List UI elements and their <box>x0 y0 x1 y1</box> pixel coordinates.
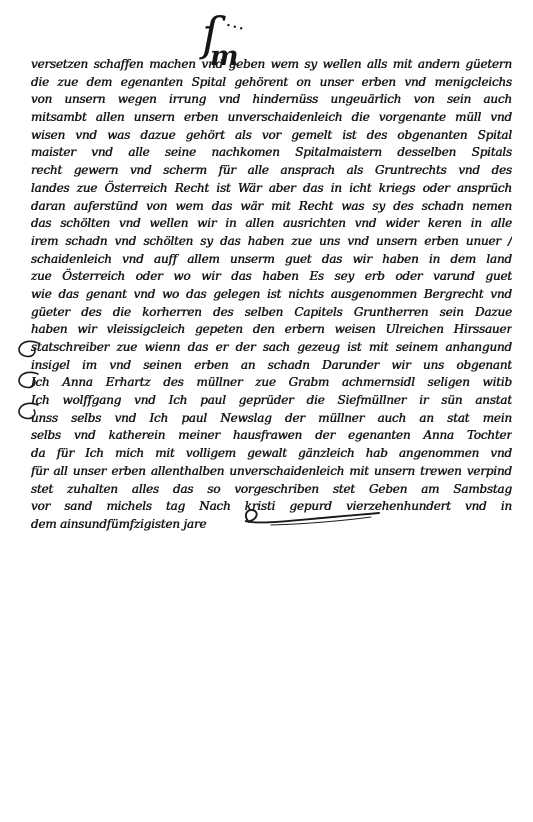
manuscript-line: statschreiber zue wienn das er der sach … <box>31 339 512 357</box>
manuscript-line: selbs vnd katherein meiner hausfrawen de… <box>31 427 512 445</box>
manuscript-line: stet zuhalten alles das so vorgeschriben… <box>31 481 512 499</box>
manuscript-line: von unsern wegen irrung vnd hindernüss u… <box>31 91 512 109</box>
manuscript-line: unss selbs vnd Ich paul Newslag der müll… <box>31 410 512 428</box>
manuscript-page: ſ m ··· versetzen schaffen machen vnd ge… <box>0 0 533 822</box>
manuscript-line: landes zue Österreich Recht ist Wär aber… <box>31 180 512 198</box>
manuscript-line: da für Ich mich mit volligem gewalt gänz… <box>31 445 512 463</box>
manuscript-line: das schölten vnd wellen wir in allen aus… <box>31 215 512 233</box>
manuscript-line: güeter des die korherren des selben Capi… <box>31 304 512 322</box>
manuscript-line: wie das genant vnd wo das gelegen ist ni… <box>31 286 512 304</box>
manuscript-line: mitsambt allen unsern erben unverschaide… <box>31 109 512 127</box>
paraph-flourish-icon <box>237 503 385 531</box>
manuscript-line: recht gewern vnd scherm für alle ansprac… <box>31 162 512 180</box>
manuscript-line: versetzen schaffen machen vnd geben wem … <box>31 56 512 74</box>
manuscript-line: zue Österreich oder wo wir das haben Es … <box>31 268 512 286</box>
monogram-dots: ··· <box>224 18 247 37</box>
manuscript-line: insigel im vnd seinen erben an schadn Da… <box>31 357 512 375</box>
text-block: versetzen schaffen machen vnd geben wem … <box>31 56 512 534</box>
manuscript-line: maister vnd alle seine nachkomen Spitalm… <box>31 144 512 162</box>
manuscript-line: schaidenleich vnd auff allem unserm guet… <box>31 251 512 269</box>
margin-loops-icon <box>11 336 43 432</box>
manuscript-line: Ich wolffgang vnd Ich paul geprüder die … <box>31 392 512 410</box>
manuscript-line: haben wir vleissigcleich gepeten den erb… <box>31 321 512 339</box>
manuscript-line: für all unser erben allenthalben unversc… <box>31 463 512 481</box>
manuscript-line: daran auferstünd von wem das wär mit Rec… <box>31 198 512 216</box>
manuscript-line: Ich Anna Erhartz des müllner zue Grabm a… <box>31 374 512 392</box>
manuscript-line: die zue dem egenanten Spital gehörent on… <box>31 74 512 92</box>
manuscript-line: irem schadn vnd schölten sy das haben zu… <box>31 233 512 251</box>
manuscript-line: wisen vnd was dazue gehört als vor gemel… <box>31 127 512 145</box>
